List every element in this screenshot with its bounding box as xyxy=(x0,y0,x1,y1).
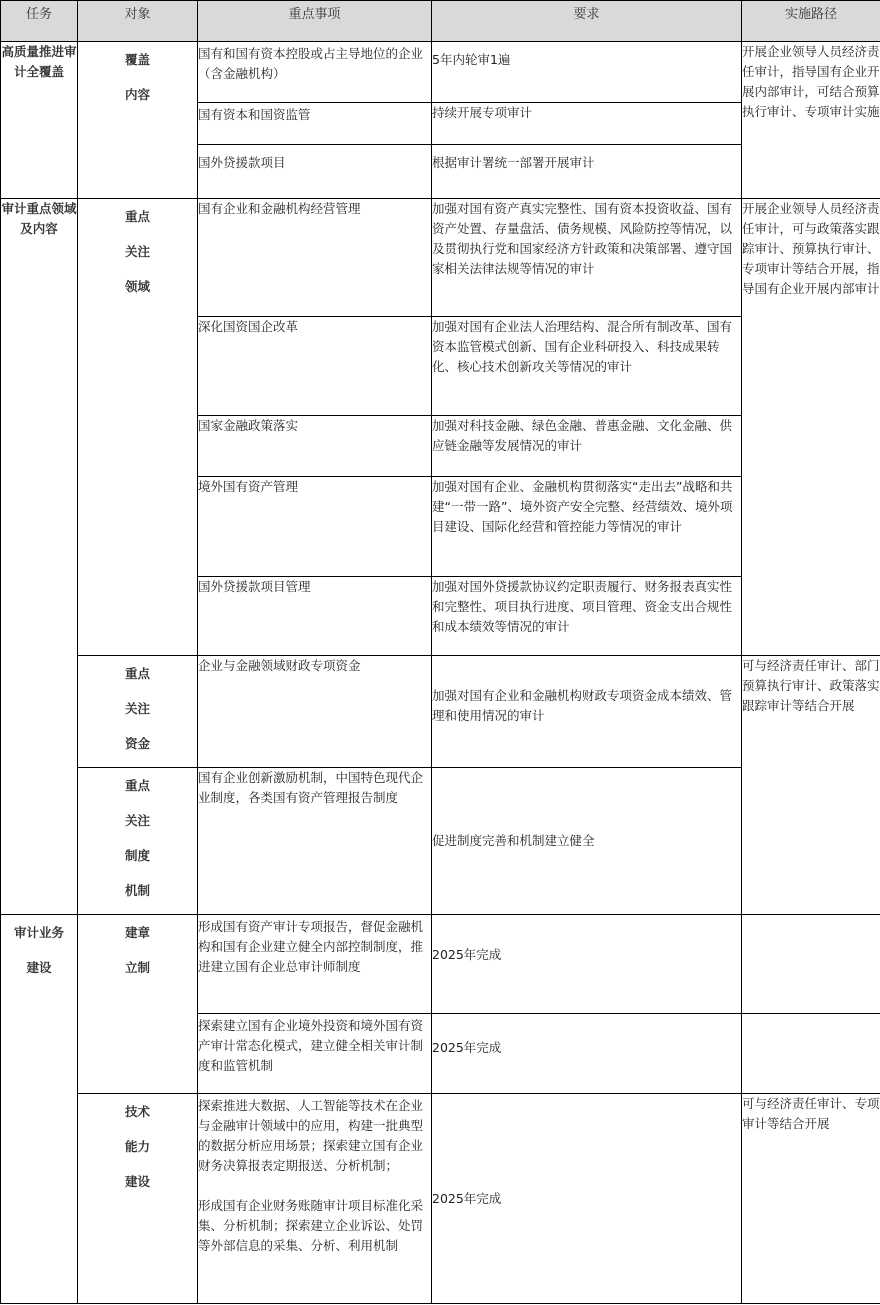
requirement-cell: 加强对国有企业法人治理结构、混合所有制改革、国有资本监管模式创新、国有企业科研投… xyxy=(432,317,742,416)
object-line: 技术 xyxy=(78,1094,197,1129)
key-item-cell: 国家金融政策落实 xyxy=(198,416,432,477)
requirement-cell: 2025年完成 xyxy=(432,1014,742,1094)
key-item-cell: 形成国有资产审计专项报告，督促金融机构和国有企业建立健全内部控制制度，推进建立国… xyxy=(198,915,432,1014)
implementation-path-cell: 可与经济责任审计、专项审计等结合开展 xyxy=(742,1094,880,1304)
table-row: 审计重点领域及内容 重点 关注 领域 国有企业和金融机构经营管理 加强对国有资产… xyxy=(1,199,880,317)
key-item-cell: 境外国有资产管理 xyxy=(198,477,432,577)
header-row: 任务 对象 重点事项 要求 实施路径 xyxy=(1,1,880,42)
key-item-cell: 国有资本和国资监管 xyxy=(198,103,432,145)
key-item-paragraph: 探索推进大数据、人工智能等技术在企业与金融审计领域中的应用，构建一批典型的数据分… xyxy=(198,1096,431,1176)
table-row: 审计业务 建设 建章 立制 形成国有资产审计专项报告，督促金融机构和国有企业建立… xyxy=(1,915,880,1014)
object-cell: 重点 关注 制度 机制 xyxy=(78,768,198,915)
object-line: 关注 xyxy=(78,234,197,269)
requirement-cell: 持续开展专项审计 xyxy=(432,103,742,145)
object-line: 覆盖 xyxy=(78,42,197,77)
header-key-item: 重点事项 xyxy=(198,1,432,42)
key-item-cell: 国有和国有资本控股或占主导地位的企业（含金融机构） xyxy=(198,42,432,103)
object-cell: 重点 关注 资金 xyxy=(78,656,198,768)
object-cell: 建章 立制 xyxy=(78,915,198,1094)
requirement-cell: 根据审计署统一部署开展审计 xyxy=(432,145,742,199)
audit-task-table: 任务 对象 重点事项 要求 实施路径 高质量推进审计全覆盖 覆盖 内容 国有和国… xyxy=(0,0,880,1304)
header-object: 对象 xyxy=(78,1,198,42)
task-cell: 审计业务 建设 xyxy=(1,915,78,1304)
object-line: 能力 xyxy=(78,1129,197,1164)
implementation-path-cell xyxy=(742,1014,880,1094)
task-cell: 审计重点领域及内容 xyxy=(1,199,78,915)
key-item-cell: 探索建立国有企业境外投资和境外国有资产审计常态化模式，建立健全相关审计制度和监管… xyxy=(198,1014,432,1094)
task-line: 审计业务 xyxy=(1,915,77,950)
object-line: 领域 xyxy=(78,269,197,304)
requirement-cell: 加强对国有企业、金融机构贯彻落实“走出去”战略和共建“一带一路”、境外资产安全完… xyxy=(432,477,742,577)
requirement-cell: 加强对国有资产真实完整性、国有资本投资收益、国有资产处置、存量盘活、债务规模、风… xyxy=(432,199,742,317)
key-item-cell: 国外贷援款项目 xyxy=(198,145,432,199)
object-line: 制度 xyxy=(78,838,197,873)
key-item-paragraph: 形成国有企业财务账随审计项目标准化采集、分析机制；探索建立企业诉讼、处罚等外部信… xyxy=(198,1196,431,1256)
requirement-cell: 2025年完成 xyxy=(432,1094,742,1304)
object-line: 关注 xyxy=(78,803,197,838)
table-row: 重点 关注 资金 企业与金融领域财政专项资金 加强对国有企业和金融机构财政专项资… xyxy=(1,656,880,768)
key-item-cell: 探索推进大数据、人工智能等技术在企业与金融审计领域中的应用，构建一批典型的数据分… xyxy=(198,1094,432,1304)
key-item-cell: 国有企业和金融机构经营管理 xyxy=(198,199,432,317)
table-row: 技术 能力 建设 探索推进大数据、人工智能等技术在企业与金融审计领域中的应用，构… xyxy=(1,1094,880,1304)
task-cell: 高质量推进审计全覆盖 xyxy=(1,42,78,199)
object-line: 重点 xyxy=(78,768,197,803)
implementation-path-cell xyxy=(742,915,880,1014)
object-line: 关注 xyxy=(78,691,197,726)
object-line: 立制 xyxy=(78,950,197,985)
requirement-cell: 5年内轮审1遍 xyxy=(432,42,742,103)
task-line: 建设 xyxy=(1,950,77,985)
key-item-cell: 深化国资国企改革 xyxy=(198,317,432,416)
object-line: 重点 xyxy=(78,656,197,691)
implementation-path-cell: 开展企业领导人员经济责任审计，指导国有企业开展内部审计，可结合预算执行审计、专项… xyxy=(742,42,880,199)
object-line: 机制 xyxy=(78,873,197,908)
object-cell: 覆盖 内容 xyxy=(78,42,198,199)
header-implementation-path: 实施路径 xyxy=(742,1,880,42)
requirement-cell: 加强对科技金融、绿色金融、普惠金融、文化金融、供应链金融等发展情况的审计 xyxy=(432,416,742,477)
key-item-cell: 国有企业创新激励机制，中国特色现代企业制度，各类国有资产管理报告制度 xyxy=(198,768,432,915)
key-item-cell: 国外贷援款项目管理 xyxy=(198,577,432,656)
object-line: 重点 xyxy=(78,199,197,234)
object-cell: 技术 能力 建设 xyxy=(78,1094,198,1304)
implementation-path-cell: 开展企业领导人员经济责任审计，可与政策落实跟踪审计、预算执行审计、专项审计等结合… xyxy=(742,199,880,656)
requirement-cell: 2025年完成 xyxy=(432,915,742,1014)
requirement-cell: 促进制度完善和机制建立健全 xyxy=(432,768,742,915)
requirement-cell: 加强对国有企业和金融机构财政专项资金成本绩效、管理和使用情况的审计 xyxy=(432,656,742,768)
header-requirement: 要求 xyxy=(432,1,742,42)
key-item-cell: 企业与金融领域财政专项资金 xyxy=(198,656,432,768)
object-line: 资金 xyxy=(78,726,197,761)
requirement-cell: 加强对国外贷援款协议约定职责履行、财务报表真实性和完整性、项目执行进度、项目管理… xyxy=(432,577,742,656)
object-cell: 重点 关注 领域 xyxy=(78,199,198,656)
implementation-path-cell: 可与经济责任审计、部门预算执行审计、政策落实跟踪审计等结合开展 xyxy=(742,656,880,915)
header-task: 任务 xyxy=(1,1,78,42)
table-row: 高质量推进审计全覆盖 覆盖 内容 国有和国有资本控股或占主导地位的企业（含金融机… xyxy=(1,42,880,103)
object-line: 建章 xyxy=(78,915,197,950)
object-line: 建设 xyxy=(78,1164,197,1199)
object-line: 内容 xyxy=(78,77,197,112)
